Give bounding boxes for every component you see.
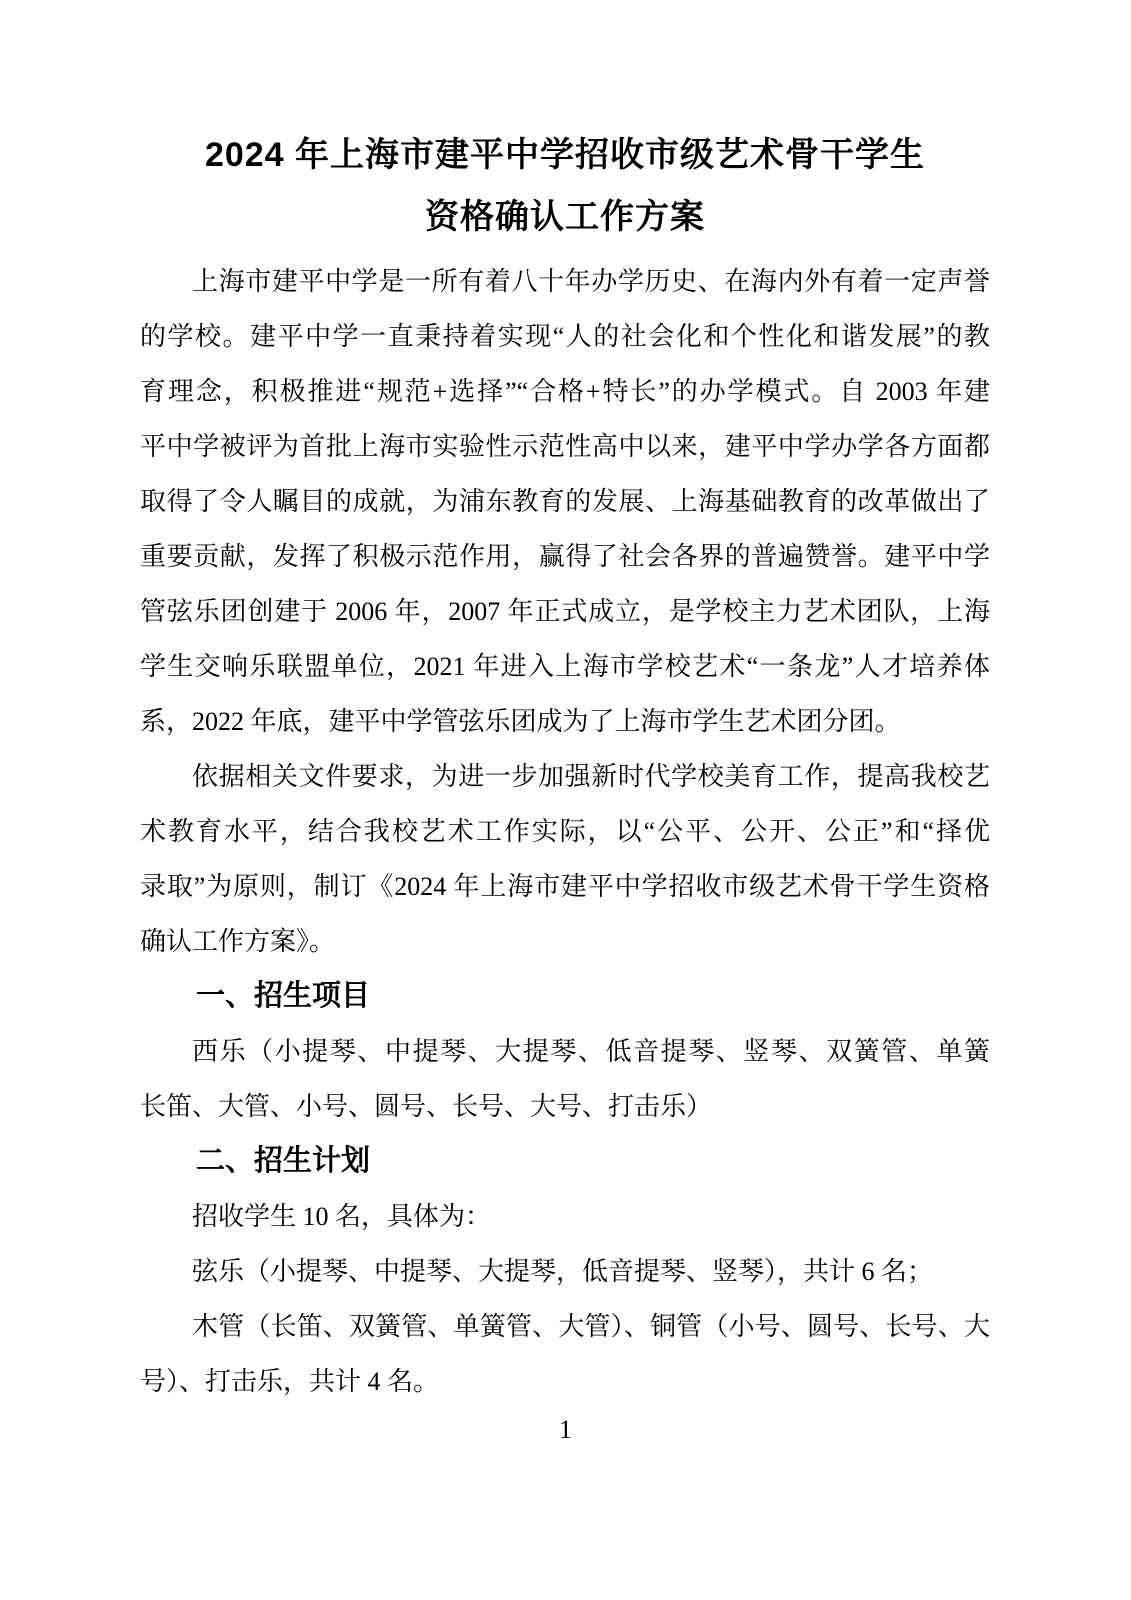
paragraph-line: 育理念，积极推进“规范+选择”“合格+特长”的办学模式。自 2003 年建 xyxy=(140,364,990,419)
page-number: 1 xyxy=(0,1402,1131,1457)
document-body: 上海市建平中学是一所有着八十年办学历史、在海内外有着一定声誉 的学校。建平中学一… xyxy=(140,254,990,1409)
paragraph-line: 西乐（小提琴、中提琴、大提琴、低音提琴、竖琴、双簧管、单簧管、 xyxy=(140,1024,990,1079)
document-page: 2024 年上海市建平中学招收市级艺术骨干学生 资格确认工作方案 上海市建平中学… xyxy=(0,0,1131,1600)
document-title-line-2: 资格确认工作方案 xyxy=(140,186,990,248)
paragraph-line: 弦乐（小提琴、中提琴、大提琴，低音提琴、竖琴），共计 6 名； xyxy=(140,1244,990,1299)
paragraph-line: 上海市建平中学是一所有着八十年办学历史、在海内外有着一定声誉 xyxy=(140,254,990,309)
paragraph-line: 号）、打击乐，共计 4 名。 xyxy=(140,1354,990,1409)
paragraph-line: 管弦乐团创建于 2006 年，2007 年正式成立，是学校主力艺术团队，上海市 xyxy=(140,584,990,639)
paragraph-line: 依据相关文件要求，为进一步加强新时代学校美育工作，提高我校艺 xyxy=(140,749,990,804)
document-title: 2024 年上海市建平中学招收市级艺术骨干学生 资格确认工作方案 xyxy=(140,124,990,248)
paragraph-line: 术教育水平，结合我校艺术工作实际，以“公平、公开、公正”和“择优 xyxy=(140,804,990,859)
paragraph-line: 录取”为原则，制订《2024 年上海市建平中学招收市级艺术骨干学生资格 xyxy=(140,859,990,914)
document-content: 2024 年上海市建平中学招收市级艺术骨干学生 资格确认工作方案 上海市建平中学… xyxy=(140,0,990,1409)
document-title-line-1: 2024 年上海市建平中学招收市级艺术骨干学生 xyxy=(140,124,990,186)
paragraph-line: 平中学被评为首批上海市实验性示范性高中以来，建平中学办学各方面都 xyxy=(140,419,990,474)
paragraph-line: 长笛、大管、小号、圆号、长号、大号、打击乐） xyxy=(140,1079,990,1134)
paragraph-line: 的学校。建平中学一直秉持着实现“人的社会化和个性化和谐发展”的教 xyxy=(140,309,990,364)
section-1-heading: 一、招生项目 xyxy=(140,969,990,1024)
paragraph-line: 招收学生 10 名，具体为： xyxy=(140,1189,990,1244)
paragraph-line: 学生交响乐联盟单位，2021 年进入上海市学校艺术“一条龙”人才培养体 xyxy=(140,639,990,694)
section-2-heading: 二、招生计划 xyxy=(140,1134,990,1189)
paragraph-line: 重要贡献，发挥了积极示范作用，赢得了社会各界的普遍赞誉。建平中学 xyxy=(140,529,990,584)
paragraph-line: 系，2022 年底，建平中学管弦乐团成为了上海市学生艺术团分团。 xyxy=(140,694,990,749)
paragraph-line: 木管（长笛、双簧管、单簧管、大管）、铜管（小号、圆号、长号、大 xyxy=(140,1299,990,1354)
paragraph-line: 确认工作方案》。 xyxy=(140,914,990,969)
paragraph-line: 取得了令人瞩目的成就，为浦东教育的发展、上海基础教育的改革做出了 xyxy=(140,474,990,529)
